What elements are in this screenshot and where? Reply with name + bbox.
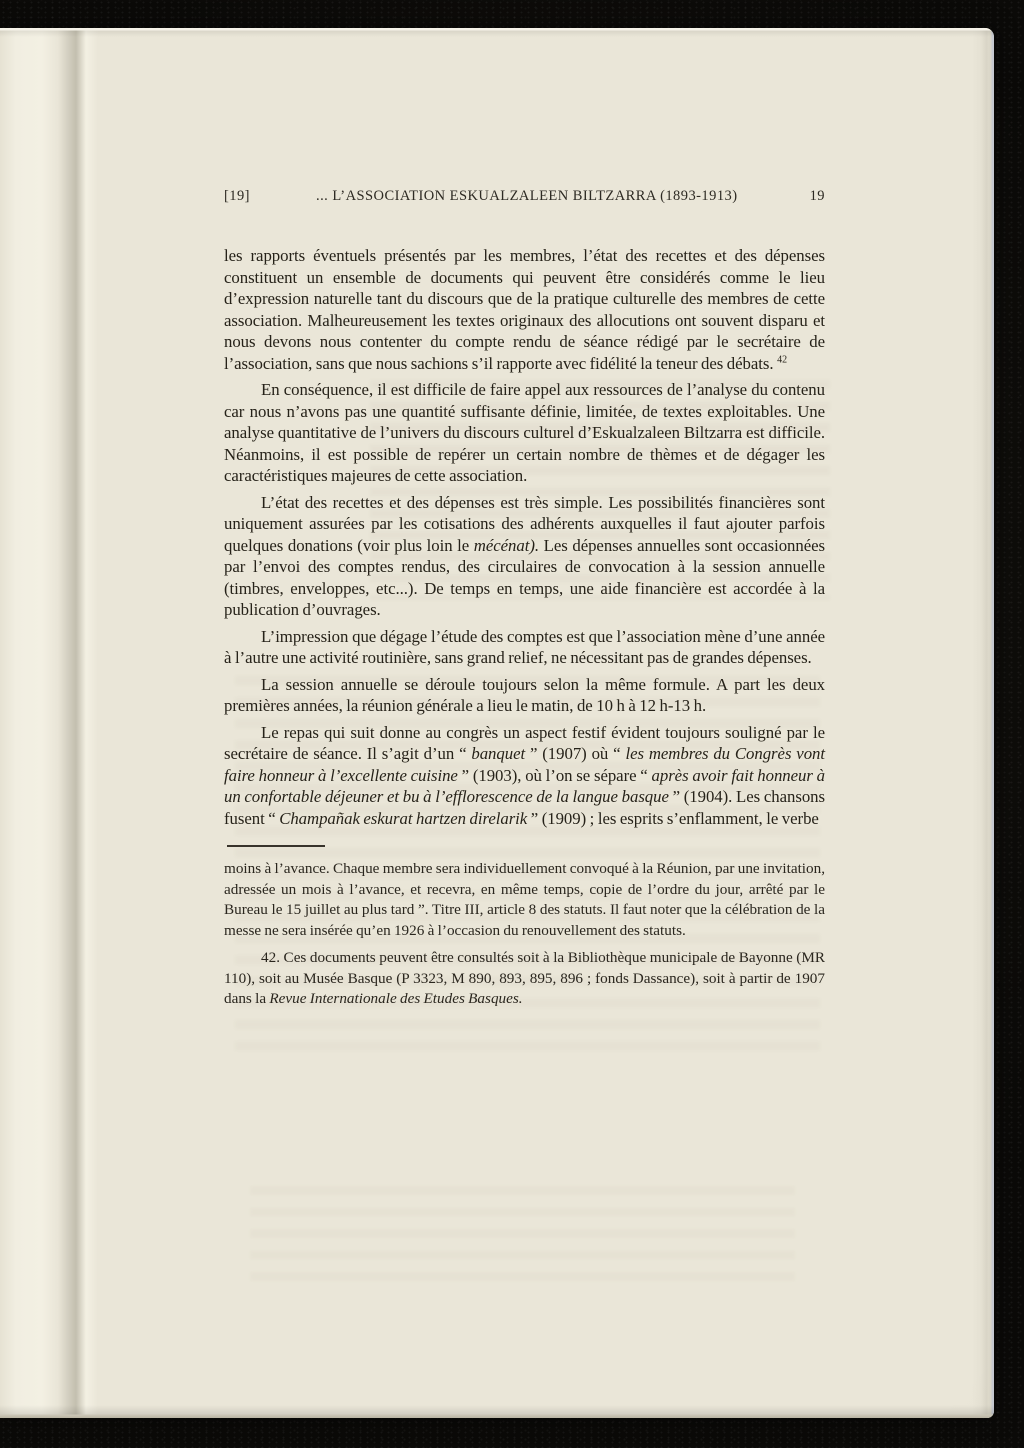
body-paragraph: Le repas qui suit donne au congrès un as… [224,722,825,830]
running-header: [19] ... L’ASSOCIATION ESKUALZALEEN BILT… [224,188,825,205]
page-number: 19 [810,188,825,205]
book-gutter-crease [0,28,98,1418]
photo-background: [19] ... L’ASSOCIATION ESKUALZALEEN BILT… [0,0,1024,1448]
bleedthrough-artifact [250,1186,795,1291]
running-title: ... L’ASSOCIATION ESKUALZALEEN BILTZARRA… [250,188,810,205]
body-paragraph: les rapports éventuels présentés par les… [224,245,825,374]
page-top-edge [0,28,994,37]
page-content: [19] ... L’ASSOCIATION ESKUALZALEEN BILT… [224,188,825,1017]
body-paragraph: L’état des recettes et des dépenses est … [224,492,825,621]
footnote-paragraph: 42. Ces documents peuvent être consultés… [224,948,825,1010]
book-page: [19] ... L’ASSOCIATION ESKUALZALEEN BILT… [0,28,994,1418]
page-bottom-edge [0,1404,994,1418]
body-text: les rapports éventuels présentés par les… [224,245,825,829]
footnote-separator-rule [227,845,325,847]
body-paragraph: La session annuelle se déroule toujours … [224,674,825,717]
footnote-paragraph: moins à l’avance. Chaque membre sera ind… [224,859,825,941]
header-bracket-number: [19] [224,188,250,205]
page-right-edge [972,28,994,1418]
footnote-text: moins à l’avance. Chaque membre sera ind… [224,859,825,1010]
footnotes-section: moins à l’avance. Chaque membre sera ind… [224,845,825,1010]
body-paragraph: En conséquence, il est difficile de fair… [224,379,825,487]
body-paragraph: L’impression que dégage l’étude des comp… [224,626,825,669]
